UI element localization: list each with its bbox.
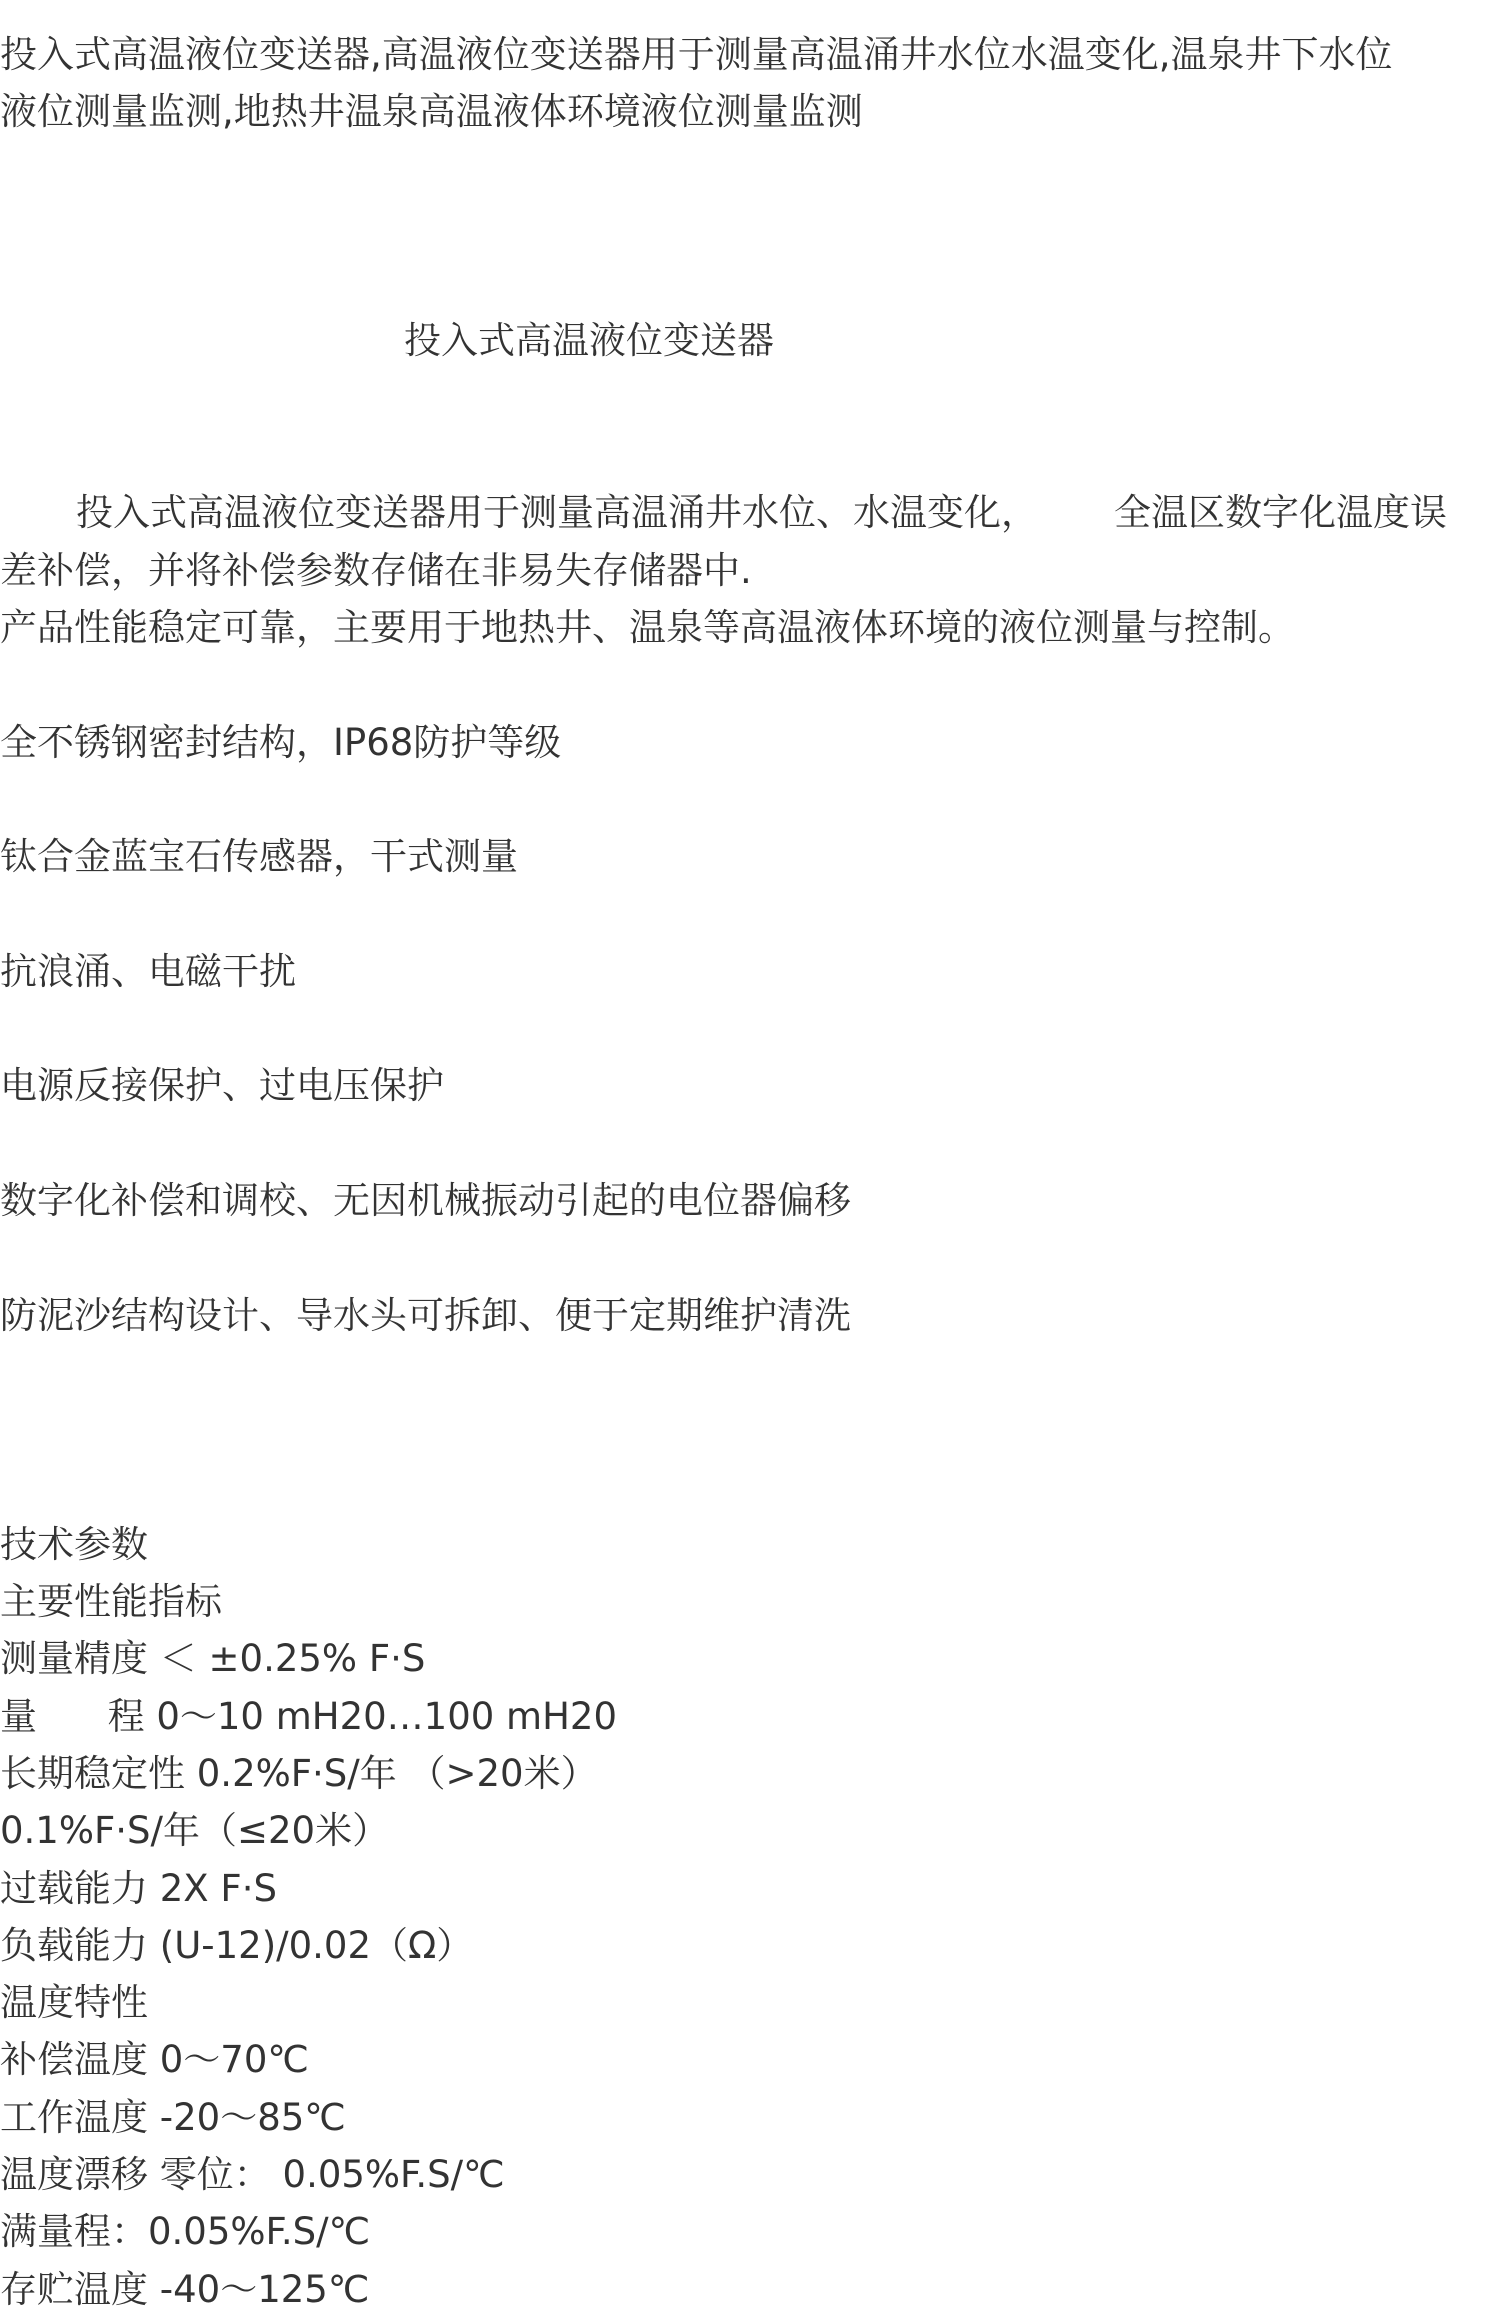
specs-performance-heading: 主要性能指标: [0, 1573, 1500, 1630]
spacer: [0, 1344, 1500, 1516]
document-body: 投入式高温液位变送器,高温液位变送器用于测量高温涌井水位水温变化,温泉井下水位 …: [0, 26, 1500, 2318]
spec-row-full-scale: 满量程：0.05%F.S/℃: [0, 2203, 1500, 2260]
spacer: [0, 1000, 1500, 1057]
spec-row-work-temp: 工作温度 -20～85℃: [0, 2089, 1500, 2146]
feature-item: 电源反接保护、过电压保护: [0, 1057, 1500, 1114]
spec-row-temp-drift: 温度漂移 零位： 0.05%F.S/℃: [0, 2146, 1500, 2203]
intro-line-1: 投入式高温液位变送器用于测量高温涌井水位、水温变化，全温区数字化温度误: [0, 484, 1500, 541]
spec-row-range: 量 程 0～10 mH20…100 mH20: [0, 1688, 1500, 1745]
spacer: [0, 885, 1500, 942]
page-title: 投入式高温液位变送器: [0, 312, 1500, 369]
specs-section-title: 技术参数: [0, 1516, 1500, 1573]
feature-item: 全不锈钢密封结构，IP68防护等级: [0, 714, 1500, 771]
header-line-2: 液位测量监测,地热井温泉高温液体环境液位测量监测: [0, 83, 1500, 140]
spec-row-accuracy: 测量精度 ＜ ±0.25% F·S: [0, 1630, 1500, 1687]
feature-item: 钛合金蓝宝石传感器，干式测量: [0, 828, 1500, 885]
spacer: [0, 771, 1500, 828]
feature-item: 数字化补偿和调校、无因机械振动引起的电位器偏移: [0, 1172, 1500, 1229]
spacer: [0, 141, 1500, 313]
intro-line-1-part-1: 投入式高温液位变送器用于测量高温涌井水位、水温变化，: [76, 491, 1038, 534]
intro-line-2: 差补偿，并将补偿参数存储在非易失存储器中.: [0, 542, 1500, 599]
spacer: [0, 370, 1500, 485]
intro-line-3: 产品性能稳定可靠，主要用于地热井、温泉等高温液体环境的液位测量与控制。: [0, 599, 1500, 656]
spec-row-load: 负载能力 (U-12)/0.02（Ω）: [0, 1917, 1500, 1974]
feature-item: 防泥沙结构设计、导水头可拆卸、便于定期维护清洗: [0, 1287, 1500, 1344]
spacer: [0, 1115, 1500, 1172]
spec-row-stability-2: 0.1%F·S/年（≤20米）: [0, 1802, 1500, 1859]
spacer: [0, 1229, 1500, 1286]
specs-temperature-heading: 温度特性: [0, 1974, 1500, 2031]
spec-row-comp-temp: 补偿温度 0～70℃: [0, 2031, 1500, 2088]
header-line-1: 投入式高温液位变送器,高温液位变送器用于测量高温涌井水位水温变化,温泉井下水位: [0, 26, 1500, 83]
spec-row-stability: 长期稳定性 0.2%F·S/年 （>20米）: [0, 1745, 1500, 1802]
spec-row-overload: 过载能力 2X F·S: [0, 1860, 1500, 1917]
feature-item: 抗浪涌、电磁干扰: [0, 943, 1500, 1000]
spacer: [0, 656, 1500, 713]
intro-line-1-part-2: 全温区数字化温度误: [1114, 491, 1447, 534]
spec-row-storage-temp: 存贮温度 -40～125℃: [0, 2261, 1500, 2318]
